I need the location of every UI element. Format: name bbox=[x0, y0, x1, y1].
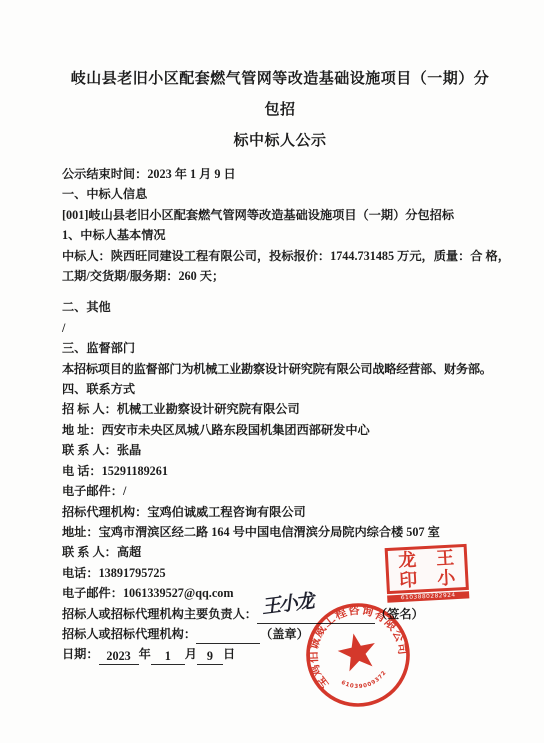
date-day-unit: 日 bbox=[223, 647, 235, 661]
date-label: 日期： bbox=[62, 647, 99, 661]
seal-char-top-left: 龙 bbox=[388, 550, 427, 571]
section1-heading: 一、中标人信息 bbox=[62, 184, 498, 204]
tenderer-contact-label: 联 系 人： bbox=[62, 443, 117, 457]
publicity-end-label: 公示结束时间： bbox=[62, 167, 147, 181]
publicity-end-line: 公示结束时间：2023 年 1 月 9 日 bbox=[62, 164, 498, 184]
seal-char-top-right: 王 bbox=[426, 548, 465, 569]
section2-heading: 二、其他 bbox=[62, 297, 498, 317]
org-stamp-line: 招标人或招标代理机构：（盖章） bbox=[62, 624, 498, 644]
winner-detail-line2: 工期/交货期/服务期：260 天； bbox=[62, 266, 498, 286]
agency-phone-label: 电话： bbox=[62, 566, 99, 580]
principal-label: 招标人或招标代理机构主要负责人： bbox=[62, 607, 257, 621]
agency-contact-label: 联 系 人： bbox=[62, 545, 117, 559]
round-stamp-graphic: 宝鸡伯诚威工程咨询有限公司 610390093720 bbox=[293, 590, 423, 720]
section4-heading: 四、联系方式 bbox=[62, 379, 498, 399]
tenderer-line: 招 标 人：机械工业勘察设计研究院有限公司 bbox=[62, 399, 498, 419]
scanned-document-page: 岐山县老旧小区配套燃气管网等改造基础设施项目（一期）分包招标中标人公示 公示结束… bbox=[0, 0, 544, 743]
section3-heading: 三、监督部门 bbox=[62, 338, 498, 358]
tenderer-contact-line: 联 系 人：张晶 bbox=[62, 440, 498, 460]
tenderer-phone-value: 15291189261 bbox=[102, 464, 168, 478]
date-month-underline: 1 bbox=[151, 649, 185, 665]
tenderer-phone-label: 电 话： bbox=[62, 464, 102, 478]
tenderer-label: 招 标 人： bbox=[62, 402, 117, 416]
agency-address-label: 地址： bbox=[62, 525, 99, 539]
agency-phone-value: 13891795725 bbox=[99, 566, 166, 580]
agency-label: 招标代理机构： bbox=[62, 505, 147, 519]
winner-detail-line1: 中标人：陕西旺同建设工程有限公司，投标报价：1744.731485 万元，质量：… bbox=[62, 246, 498, 266]
tenderer-phone-line: 电 话：15291189261 bbox=[62, 461, 498, 481]
seal-char-bottom-right: 小 bbox=[427, 568, 466, 589]
tenderer-email-value: / bbox=[123, 484, 126, 498]
agency-email-label: 电子邮件： bbox=[62, 586, 123, 600]
agency-address-line: 地址：宝鸡市渭滨区经二路 164 号中国电信渭滨分局院内综合楼 507 室 bbox=[62, 522, 498, 542]
title-line-1: 岐山县老旧小区配套燃气管网等改造基础设施项目（一期）分包招 bbox=[71, 71, 490, 118]
blank-gap bbox=[62, 286, 498, 297]
seal-char-bottom-left: 印 bbox=[389, 570, 428, 591]
section1-subheading: 1、中标人基本情况 bbox=[62, 225, 498, 245]
seal-border: 龙 王 印 小 bbox=[385, 544, 469, 594]
org-label: 招标人或招标代理机构： bbox=[62, 627, 196, 641]
date-month-unit: 月 bbox=[185, 647, 197, 661]
org-signature-underline bbox=[196, 627, 260, 644]
date-line: 日期：2023年1月9日 bbox=[62, 644, 498, 664]
principal-signature-line: 招标人或招标代理机构主要负责人：王小龙（签名） bbox=[62, 604, 498, 624]
date-year-underline: 2023 bbox=[99, 649, 139, 665]
agency-contact-value: 高超 bbox=[117, 545, 141, 559]
date-day-underline: 9 bbox=[197, 649, 223, 665]
agency-address-value: 宝鸡市渭滨区经二路 164 号中国电信渭滨分局院内综合楼 507 室 bbox=[99, 525, 440, 539]
tenderer-address-value: 西安市未央区凤城八路东段国机集团西部研发中心 bbox=[102, 423, 370, 437]
company-round-stamp: 宝鸡伯诚威工程咨询有限公司 610390093720 bbox=[293, 590, 423, 720]
stamp-star-icon bbox=[335, 630, 380, 673]
agency-line: 招标代理机构：宝鸡伯诚威工程咨询有限公司 bbox=[62, 502, 498, 522]
agency-value: 宝鸡伯诚威工程咨询有限公司 bbox=[147, 505, 305, 519]
section3-content: 本招标项目的监督部门为机械工业勘察设计研究院有限公司战略经营部、财务部。 bbox=[62, 359, 498, 379]
section2-content: / bbox=[62, 318, 498, 338]
date-year-unit: 年 bbox=[139, 647, 151, 661]
title-line-2: 标中标人公示 bbox=[233, 133, 326, 149]
agency-email-value: 1061339527@qq.com bbox=[123, 586, 234, 600]
section1-package: [001]岐山县老旧小区配套燃气管网等改造基础设施项目（一期）分包招标 bbox=[62, 205, 498, 225]
tenderer-address-label: 地 址： bbox=[62, 423, 102, 437]
tenderer-email-label: 电子邮件： bbox=[62, 484, 123, 498]
tenderer-value: 机械工业勘察设计研究院有限公司 bbox=[117, 402, 300, 416]
document-title: 岐山县老旧小区配套燃气管网等改造基础设施项目（一期）分包招标中标人公示 bbox=[62, 64, 498, 157]
publicity-end-value: 2023 年 1 月 9 日 bbox=[147, 167, 235, 181]
tenderer-address-line: 地 址：西安市未央区凤城八路东段国机集团西部研发中心 bbox=[62, 420, 498, 440]
tenderer-contact-value: 张晶 bbox=[117, 443, 141, 457]
tenderer-email-line: 电子邮件：/ bbox=[62, 481, 498, 501]
